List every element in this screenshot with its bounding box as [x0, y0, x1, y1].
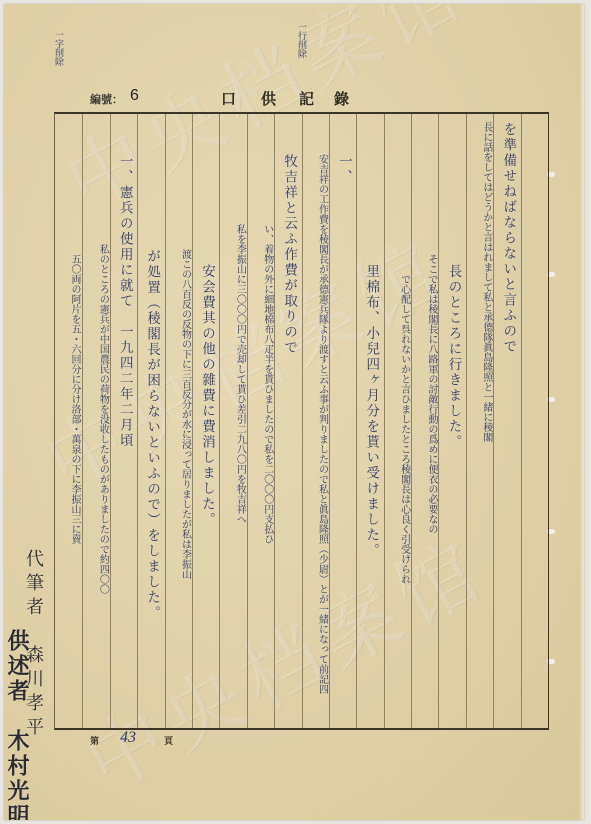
margin-note: 一字削除	[52, 30, 65, 66]
handwritten-line: い、着物の外に細地棉布八疋半を貰ひましたので私を二〇〇〇円支払ひ	[251, 224, 273, 544]
handwritten-line: 私を李振山に三〇〇〇円で売却して貰ひ差引二九八〇円を牧吉祥へ	[223, 224, 245, 524]
handwritten-line: 渡この八百反の反物の下に三百反分が水に浸って居りましたが私は李振山	[169, 249, 191, 579]
title-char: 記	[299, 88, 314, 109]
handwritten-line: 安吉祥の工作費を稜閣長が承德憲兵隊より渡すと云ふ事が判りましたので私と眞島隆照（…	[306, 154, 328, 694]
handwritten-line: 一、憲兵の使用に就て 一九四二年二月頃	[114, 154, 136, 449]
ruled-column: 一、	[329, 114, 356, 728]
handwritten-line: 長に話をしてはどうかと言はれまして私と承德隊眞島隆照と一緒に稜閣	[470, 122, 492, 442]
title-char: 口	[221, 88, 236, 109]
ruled-column: 一、憲兵の使用に就て 一九四二年二月頃	[110, 114, 137, 728]
ruled-column: 安吉祥の工作費を稜閣長が承德憲兵隊より渡すと云ふ事が判りましたので私と眞島隆照（…	[302, 114, 329, 728]
handwritten-line: そこで私は稜閣長に八路軍の討敵行動の爲めに便衣の必要なの	[415, 254, 437, 534]
ruled-column: 里棉布、小兒四ヶ月分を貰い受けました。	[356, 114, 383, 728]
handwritten-line: 一、	[333, 154, 355, 185]
handwritten-line: を準備せねばならないと言ふので	[497, 122, 519, 355]
page-footer: 第 43 頁	[4, 726, 584, 756]
handwritten-line: 五〇両の阿片を五・六回分に分け洛部・萬泉の下に李振山三に賣	[58, 254, 80, 544]
page-number: 43	[120, 729, 136, 747]
ruled-column: 渡この八百反の反物の下に三百反分が水に浸って居りましたが私は李振山	[165, 114, 192, 728]
handwritten-line: が処置（稜閣長が困らないといふので）をしました。	[141, 249, 163, 621]
ruled-column: そこで私は稜閣長に八路軍の討敵行動の爲めに便衣の必要なの	[411, 114, 438, 728]
handwritten-line: 里棉布、小兒四ヶ月分を貰い受けました。	[360, 264, 382, 559]
ruled-column: が処置（稜閣長が困らないといふので）をしました。	[137, 114, 164, 728]
ruled-column	[521, 114, 548, 728]
ruled-column: 安会費其の他の雜費に費消しました。	[192, 114, 219, 728]
page-edge	[578, 4, 584, 820]
page-suffix: 頁	[164, 734, 173, 747]
handwritten-line: 長のところに行きました。	[442, 264, 464, 450]
ruled-column: 牧吉祥と云ふ作費が取りので	[274, 114, 301, 728]
margin-note: 一行削除	[295, 22, 308, 58]
deponent-signature: 供述者 木村光明	[4, 629, 33, 820]
ruled-column: 私のところの憲兵が中国農民の荷物を没收したものがありましたので約四〇〇	[82, 114, 109, 728]
handwritten-line: で心配して呉れないかと言ひましたところ稜閣長は心良く引受けられ	[388, 274, 410, 584]
ruled-grid: を準備せねばならないと言ふので長に話をしてはどうかと言はれまして私と承德隊眞島隆…	[54, 112, 549, 730]
title-char: 錄	[334, 88, 349, 109]
ruled-column: い、着物の外に細地棉布八疋半を貰ひましたので私を二〇〇〇円支払ひ	[247, 114, 274, 728]
serial-number: 6	[130, 87, 139, 105]
ruled-column: 長に話をしてはどうかと言はれまして私と承德隊眞島隆照と一緒に稜閣	[466, 114, 493, 728]
ruled-column: 五〇両の阿片を五・六回分に分け洛部・萬泉の下に李振山三に賣	[55, 114, 82, 728]
page-prefix: 第	[90, 734, 99, 747]
ruled-column: 長のところに行きました。	[438, 114, 465, 728]
ruled-column: 私を李振山に三〇〇〇円で売却して貰ひ差引二九八〇円を牧吉祥へ	[219, 114, 246, 728]
form-header: 編號： 6 口 供 記 錄	[4, 88, 584, 110]
handwritten-line: 安会費其の他の雜費に費消しました。	[196, 264, 218, 528]
handwritten-line: 牧吉祥と云ふ作費が取りので	[278, 154, 300, 356]
ruled-column: で心配して呉れないかと言ひましたところ稜閣長は心良く引受けられ	[384, 114, 411, 728]
handwritten-line: 私のところの憲兵が中国農民の荷物を没收したものがありましたので約四〇〇	[86, 244, 108, 594]
ruled-column: を準備せねばならないと言ふので	[493, 114, 520, 728]
serial-label: 編號：	[90, 91, 123, 107]
title-char: 供	[261, 88, 276, 109]
document-page: 中央档案馆 中央档案馆 中央档案馆 一字削除 一行削除 編號： 6 口 供 記 …	[4, 4, 584, 820]
